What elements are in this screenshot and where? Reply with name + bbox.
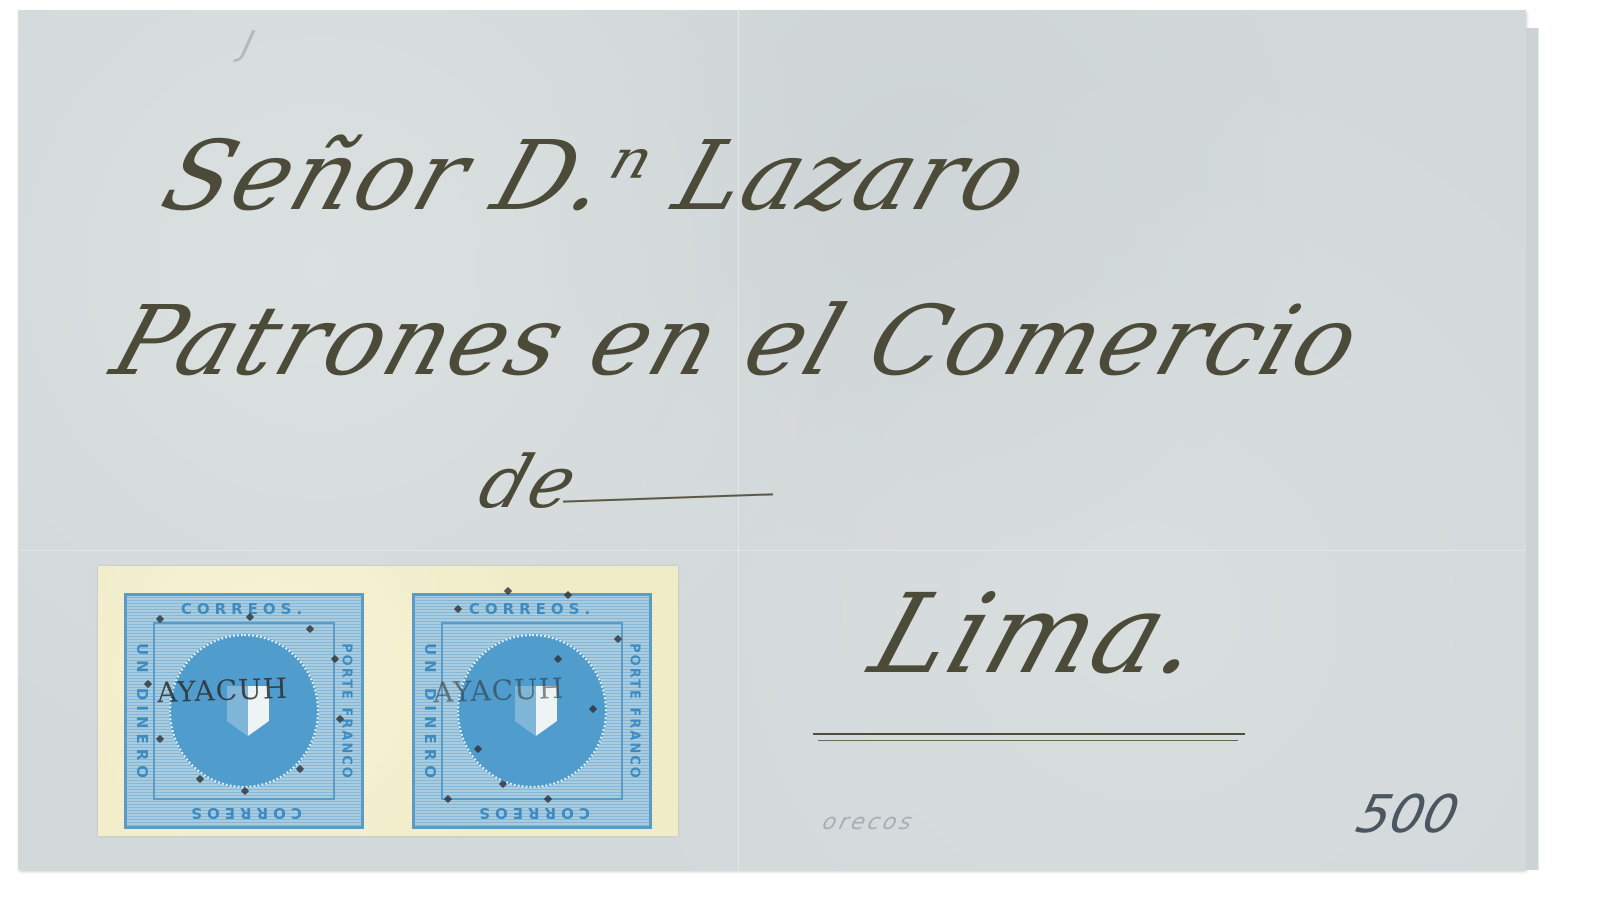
stamp-right-text: PORTE FRANCO: [339, 627, 354, 797]
stamp-right-text: PORTE FRANCO: [627, 627, 642, 797]
town-cancel: AYACUH: [156, 672, 288, 710]
coat-of-arms-medallion: [169, 634, 319, 788]
stamp-bottom-text: CORREOS: [415, 804, 649, 822]
city-underline-second: [818, 740, 1238, 741]
faint-pencil-note: orecos: [820, 810, 917, 835]
stamp-left-text: UN DINERO: [133, 628, 151, 798]
faint-pencil-mark-top: J: [238, 24, 258, 64]
stamp-bottom-text: CORREOS: [127, 804, 361, 822]
city-underline: [813, 733, 1245, 735]
cancel-dot: [504, 587, 512, 595]
stamp-top-text: CORREOS.: [415, 600, 649, 618]
stamp-top-text: CORREOS.: [127, 600, 361, 618]
address-line-city: Lima.: [857, 570, 1222, 698]
stamp-right: CORREOS. CORREOS UN DINERO PORTE FRANCO …: [412, 593, 652, 829]
stamp-left-text: UN DINERO: [421, 628, 439, 798]
address-line-title: Patrones en el Comercio: [100, 285, 1375, 397]
coat-of-arms-medallion: [457, 634, 607, 788]
price-pencil-note: 500: [1351, 785, 1465, 845]
address-line-recipient: Señor D.ⁿ Lazaro: [150, 120, 1043, 232]
fold-line-horizontal: [18, 550, 1526, 551]
stamp-left: CORREOS. CORREOS UN DINERO PORTE FRANCO …: [124, 593, 364, 829]
cancel-dot: [564, 591, 572, 599]
flourish-line: [563, 493, 773, 502]
address-line-de: de: [469, 440, 589, 524]
stamp-pair-piece: CORREOS. CORREOS UN DINERO PORTE FRANCO …: [98, 566, 678, 836]
cover-flap-edge: [1526, 28, 1539, 870]
town-cancel: AYACUH: [432, 672, 564, 710]
